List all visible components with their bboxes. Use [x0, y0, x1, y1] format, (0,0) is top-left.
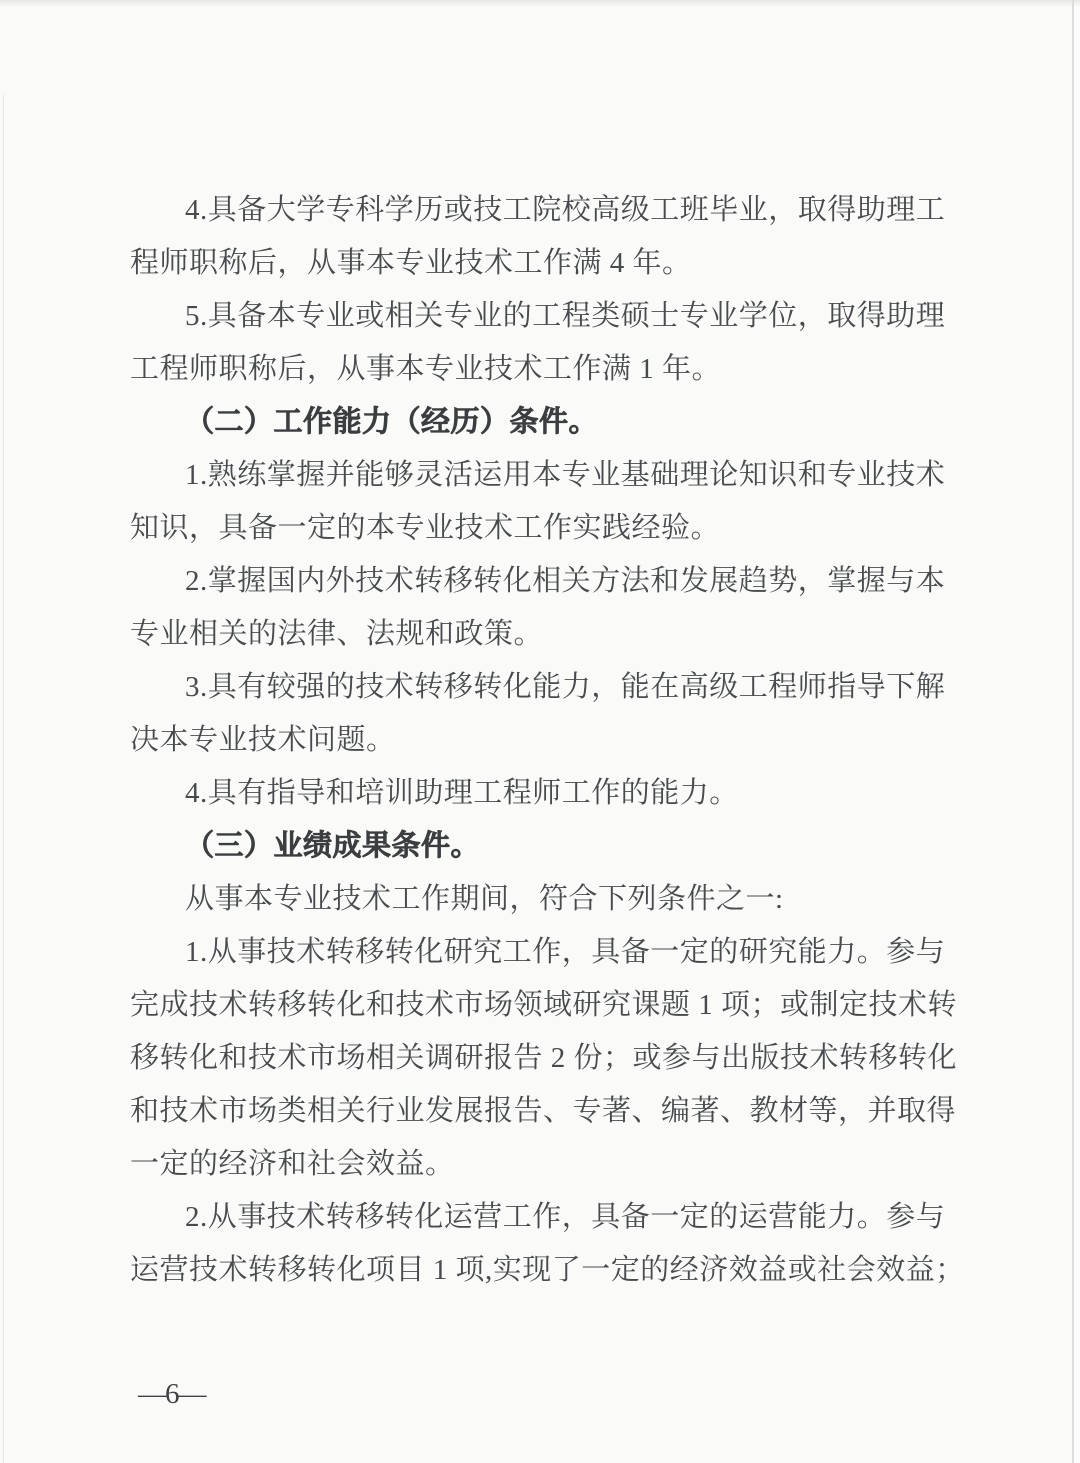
body-paragraph: 4.具有指导和培训助理工程师工作的能力。	[130, 767, 945, 820]
text-line: （二）工作能力（经历）条件。	[130, 396, 945, 449]
body-paragraph: 1.从事技术转移转化研究工作，具备一定的研究能力。参与完成技术转移转化和技术市场…	[130, 926, 945, 1191]
scan-artifact-top-edge	[0, 0, 1080, 7]
text-line: 完成技术转移转化和技术市场领域研究课题 1 项；或制定技术转	[130, 979, 945, 1032]
body-paragraph: 4.具备大学专科学历或技工院校高级工班毕业，取得助理工程师职称后，从事本专业技术…	[130, 184, 945, 290]
section-heading: （二）工作能力（经历）条件。	[130, 396, 945, 449]
body-paragraph: 2.从事技术转移转化运营工作，具备一定的运营能力。参与运营技术转移转化项目 1 …	[130, 1191, 945, 1297]
text-line: 一定的经济和社会效益。	[130, 1138, 945, 1191]
text-line: 决本专业技术问题。	[130, 714, 945, 767]
text-line: 工程师职称后，从事本专业技术工作满 1 年。	[130, 343, 945, 396]
scan-artifact-right-edge	[1072, 0, 1074, 1463]
document-page: 4.具备大学专科学历或技工院校高级工班毕业，取得助理工程师职称后，从事本专业技术…	[0, 0, 1080, 1463]
text-line: 知识，具备一定的本专业技术工作实践经验。	[130, 502, 945, 555]
text-line: （三）业绩成果条件。	[130, 820, 945, 873]
text-line: 2.从事技术转移转化运营工作，具备一定的运营能力。参与	[130, 1191, 945, 1244]
text-line: 移转化和技术市场相关调研报告 2 份；或参与出版技术转移转化	[130, 1032, 945, 1085]
body-paragraph: 3.具有较强的技术转移转化能力，能在高级工程师指导下解决本专业技术问题。	[130, 661, 945, 767]
text-line: 4.具有指导和培训助理工程师工作的能力。	[130, 767, 945, 820]
page-number: —6—	[138, 1378, 205, 1411]
text-line: 专业相关的法律、法规和政策。	[130, 608, 945, 661]
text-line: 程师职称后，从事本专业技术工作满 4 年。	[130, 237, 945, 290]
text-line: 1.从事技术转移转化研究工作，具备一定的研究能力。参与	[130, 926, 945, 979]
body-paragraph: 5.具备本专业或相关专业的工程类硕士专业学位，取得助理工程师职称后，从事本专业技…	[130, 290, 945, 396]
body-paragraph: 从事本专业技术工作期间，符合下列条件之一:	[130, 873, 945, 926]
text-line: 从事本专业技术工作期间，符合下列条件之一:	[130, 873, 945, 926]
text-line: 2.掌握国内外技术转移转化相关方法和发展趋势，掌握与本	[130, 555, 945, 608]
text-line: 5.具备本专业或相关专业的工程类硕士专业学位，取得助理	[130, 290, 945, 343]
scan-artifact-left-edge	[3, 95, 4, 1463]
section-heading: （三）业绩成果条件。	[130, 820, 945, 873]
text-line: 运营技术转移转化项目 1 项,实现了一定的经济效益或社会效益；	[130, 1244, 945, 1297]
document-body-text: 4.具备大学专科学历或技工院校高级工班毕业，取得助理工程师职称后，从事本专业技术…	[130, 184, 945, 1297]
page-footer: —6—	[138, 1374, 205, 1414]
text-line: 3.具有较强的技术转移转化能力，能在高级工程师指导下解	[130, 661, 945, 714]
text-line: 和技术市场类相关行业发展报告、专著、编著、教材等，并取得	[130, 1085, 945, 1138]
scan-artifact-right-strip	[1074, 0, 1080, 1463]
body-paragraph: 1.熟练掌握并能够灵活运用本专业基础理论知识和专业技术知识，具备一定的本专业技术…	[130, 449, 945, 555]
text-line: 4.具备大学专科学历或技工院校高级工班毕业，取得助理工	[130, 184, 945, 237]
body-paragraph: 2.掌握国内外技术转移转化相关方法和发展趋势，掌握与本专业相关的法律、法规和政策…	[130, 555, 945, 661]
text-line: 1.熟练掌握并能够灵活运用本专业基础理论知识和专业技术	[130, 449, 945, 502]
